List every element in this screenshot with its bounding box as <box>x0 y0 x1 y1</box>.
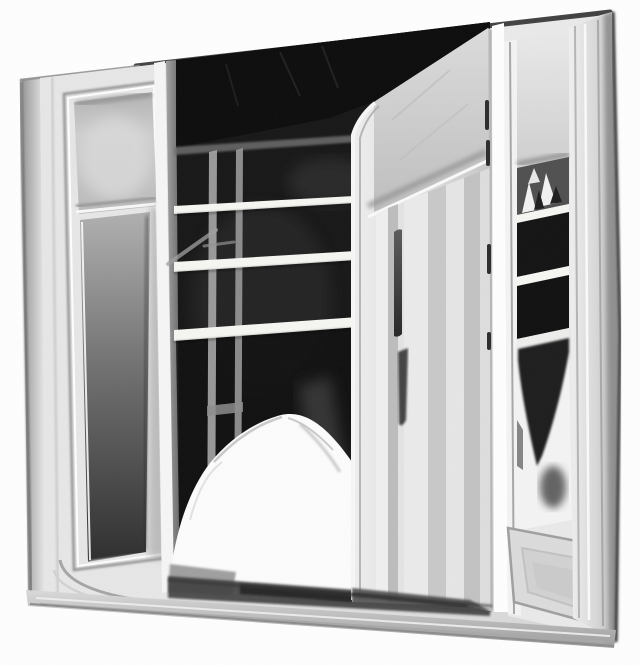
paper-grain-texture <box>0 0 640 665</box>
pencil-drawing-figure: Graphite pencil drawing: open shutter wi… <box>0 0 640 665</box>
pencil-drawing: Graphite pencil drawing: open shutter wi… <box>0 0 640 665</box>
